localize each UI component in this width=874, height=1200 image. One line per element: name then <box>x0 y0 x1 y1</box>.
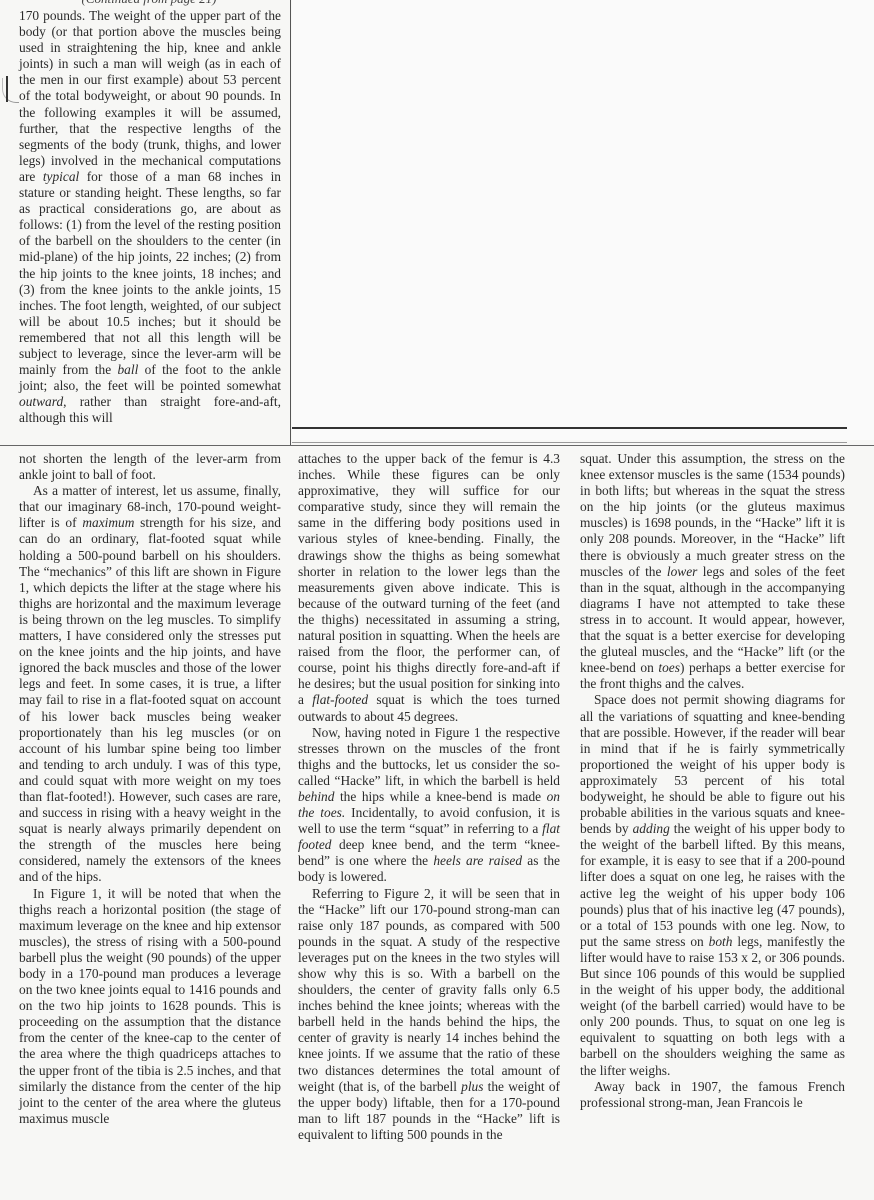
column-2-text: attaches to the upper back of the femur … <box>298 451 560 1143</box>
text-run: for those of a man 68 inches in stature … <box>19 169 281 377</box>
binder-hole-mark <box>2 78 19 103</box>
section-rule-upper <box>292 442 847 443</box>
italic-run: behind <box>298 789 334 804</box>
text-run: Referring to Figure 2, it will be seen t… <box>298 886 560 1094</box>
italic-run: plus <box>461 1079 483 1094</box>
text-run: strength for his size, and can do an ord… <box>19 515 281 884</box>
italic-run: both <box>709 934 733 949</box>
column-1-text: not shorten the length of the lever-arm … <box>19 451 281 1127</box>
italic-run: toes <box>658 660 680 675</box>
paragraph: attaches to the upper back of the femur … <box>298 451 560 725</box>
text-run: the weight of his upper body to the weig… <box>580 821 845 949</box>
text-run: legs and soles of the feet than in the s… <box>580 564 845 676</box>
paragraph: Now, having noted in Figure 1 the respec… <box>298 725 560 886</box>
italic-run: typical <box>43 169 79 184</box>
italic-run: outward <box>19 394 63 409</box>
paragraph: 170 pounds. The weight of the upper part… <box>19 8 281 426</box>
paragraph: not shorten the length of the lever-arm … <box>19 451 281 483</box>
italic-run: adding <box>633 821 670 836</box>
paragraph: Away back in 1907, the famous French pro… <box>580 1079 845 1111</box>
continued-note: (Continued from page 21) <box>18 0 280 7</box>
text-run: Now, having noted in Figure 1 the respec… <box>298 725 560 788</box>
paragraph: squat. Under this assumption, the stress… <box>580 451 845 692</box>
paragraph: Referring to Figure 2, it will be seen t… <box>298 886 560 1144</box>
text-run: the hips while a knee-bend is made <box>334 789 546 804</box>
text-run: 170 pounds. The weight of the upper part… <box>19 8 281 184</box>
italic-run: lower <box>667 564 698 579</box>
text-run: legs, manifestly the lifter would have t… <box>580 934 845 1078</box>
text-run: attaches to the upper back of the femur … <box>298 451 560 707</box>
figure-blank-area <box>292 0 874 440</box>
paragraph: As a matter of interest, let us assume, … <box>19 483 281 885</box>
magazine-page: (Continued from page 21) 170 pounds. The… <box>0 0 874 1200</box>
text-run: Space does not permit showing diagrams f… <box>580 692 845 836</box>
paragraph: In Figure 1, it will be noted that when … <box>19 886 281 1127</box>
italic-run: flat-footed <box>312 692 368 707</box>
column-3-text: squat. Under this assumption, the stress… <box>580 451 845 1111</box>
text-run: squat. Under this assumption, the stress… <box>580 451 845 579</box>
binder-bracket-mark <box>6 76 8 102</box>
column-divider <box>290 0 291 445</box>
paragraph: Space does not permit showing diagrams f… <box>580 692 845 1078</box>
italic-run: heels are raised <box>433 853 522 868</box>
section-rule <box>0 445 874 446</box>
column-1-top-text: 170 pounds. The weight of the upper part… <box>19 8 281 426</box>
italic-run: maximum <box>82 515 134 530</box>
italic-run: ball <box>117 362 138 377</box>
figure-bottom-rule <box>292 427 847 429</box>
